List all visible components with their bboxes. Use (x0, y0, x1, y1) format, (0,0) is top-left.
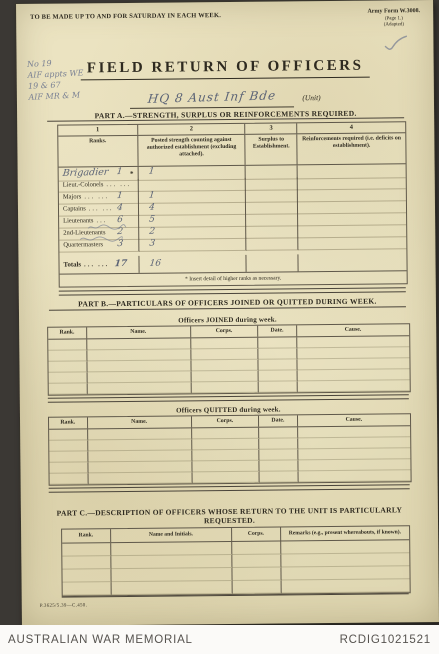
col-header-remarks: Remarks (e.g., present whereabouts, if k… (281, 526, 409, 540)
col-header-rank: Rank. (48, 327, 87, 338)
officers-quitted-table: Rank. Name. Corps. Date. Cause. (48, 413, 412, 485)
empty-row (50, 470, 411, 484)
rank-label: Captains (63, 205, 86, 212)
handwritten-count: 4 (116, 202, 123, 214)
rank-row-quartermasters: Quartermasters 3 3 (59, 236, 406, 251)
col-header-posted-strength: Posted strength counting against authori… (138, 135, 246, 166)
totals-row: Totals...... 17 16 (59, 253, 406, 273)
archive-name: AUSTRALIAN WAR MEMORIAL (8, 634, 193, 646)
handwritten-count: 1 (116, 190, 123, 202)
col-header-cause: Cause. (298, 414, 410, 426)
col-header-date: Date. (259, 415, 298, 426)
part-a-column-headers: Ranks. Posted strength counting against … (58, 133, 405, 167)
unit-handwritten-value: HQ 8 Aust Inf Bde (147, 88, 277, 105)
form-title: FIELD RETURN OF OFFICERS (81, 58, 370, 81)
dot-leaders: ... (106, 181, 117, 188)
handwritten-rank: Brigadier (62, 167, 109, 180)
catalog-id: RCDIG1021521 (340, 634, 431, 646)
dot-leaders: ... (120, 181, 131, 188)
handwritten-total-posted: 16 (149, 258, 162, 270)
col-header-rank: Rank. (49, 417, 88, 428)
double-rule (48, 394, 409, 402)
dot-leaders: ... (98, 261, 109, 268)
dot-leaders: ... (89, 205, 100, 212)
col-header-date: Date. (258, 325, 297, 336)
col-header-corps: Corps. (192, 416, 260, 428)
col-header-corps: Corps. (191, 326, 259, 338)
form-ref-adapted: (Adapted) (368, 22, 421, 29)
scanned-document-page: { "archive_bar": { "name": "AUSTRALIAN W… (0, 0, 439, 654)
form-reference: Army Form W.3008. (Page 1.) (Adapted) (367, 8, 420, 29)
rank-label: Majors (63, 193, 81, 200)
unit-label: (Unit) (302, 93, 320, 102)
col-header-name: Name. (87, 326, 191, 338)
handwritten-posted: 5 (148, 214, 155, 226)
officers-joined-table: Rank. Name. Corps. Date. Cause. (47, 323, 411, 395)
empty-row (49, 380, 410, 394)
dot-leaders: ... (84, 193, 95, 200)
col-header-surplus: Surplus to Establishment. (246, 134, 298, 164)
archive-bar: AUSTRALIAN WAR MEMORIAL RCDIG1021521 (0, 625, 439, 654)
top-instruction: TO BE MADE UP TO AND FOR SATURDAY IN EAC… (30, 12, 221, 21)
col-header-reinforcements: Reinforcements required (i.e. deficits o… (298, 133, 406, 164)
totals-label: Totals (63, 261, 81, 268)
col-number: 1 (58, 125, 138, 136)
col-number: 3 (246, 123, 298, 133)
handwritten-count: 3 (117, 238, 124, 250)
double-rule (59, 287, 406, 295)
form-ref-number: Army Form W.3008. (367, 8, 420, 16)
dot-leaders: ... (103, 205, 114, 212)
handwritten-posted: 2 (148, 226, 155, 238)
col-header-ranks: Ranks. (58, 136, 138, 167)
printers-code: P.3625/5.39—C.450. (40, 603, 87, 608)
form-sheet: TO BE MADE UP TO AND FOR SATURDAY IN EAC… (16, 0, 439, 626)
col-number: 2 (138, 124, 246, 135)
part-a-table: 1 2 3 4 Ranks. Posted strength counting … (57, 121, 408, 287)
handwritten-total-count: 17 (114, 258, 128, 270)
col-header-name: Name. (88, 416, 192, 428)
unit-line: HQ 8 Aust Inf Bde (Unit) (17, 86, 434, 110)
col-header-name-initials: Name and Initials. (111, 528, 233, 542)
col-header-corps: Corps. (232, 527, 281, 540)
dot-leaders: ... (84, 261, 95, 268)
rank-label: Lieut.-Colonels (63, 181, 104, 188)
part-c-table: Rank. Name and Initials. Corps. Remarks … (61, 525, 411, 596)
handwritten-posted: 1 (148, 190, 155, 202)
handwritten-posted: 1 (148, 166, 155, 178)
col-header-cause: Cause. (297, 324, 409, 336)
handwritten-count: 1 (116, 166, 123, 178)
pencil-checkmark-icon (382, 34, 408, 52)
dot-leaders: ... (98, 193, 109, 200)
handwritten-posted: 3 (148, 238, 155, 250)
col-number: 4 (298, 122, 406, 133)
handwritten-posted: 4 (148, 202, 155, 214)
col-header-rank: Rank. (62, 529, 111, 542)
double-rule (49, 484, 410, 492)
